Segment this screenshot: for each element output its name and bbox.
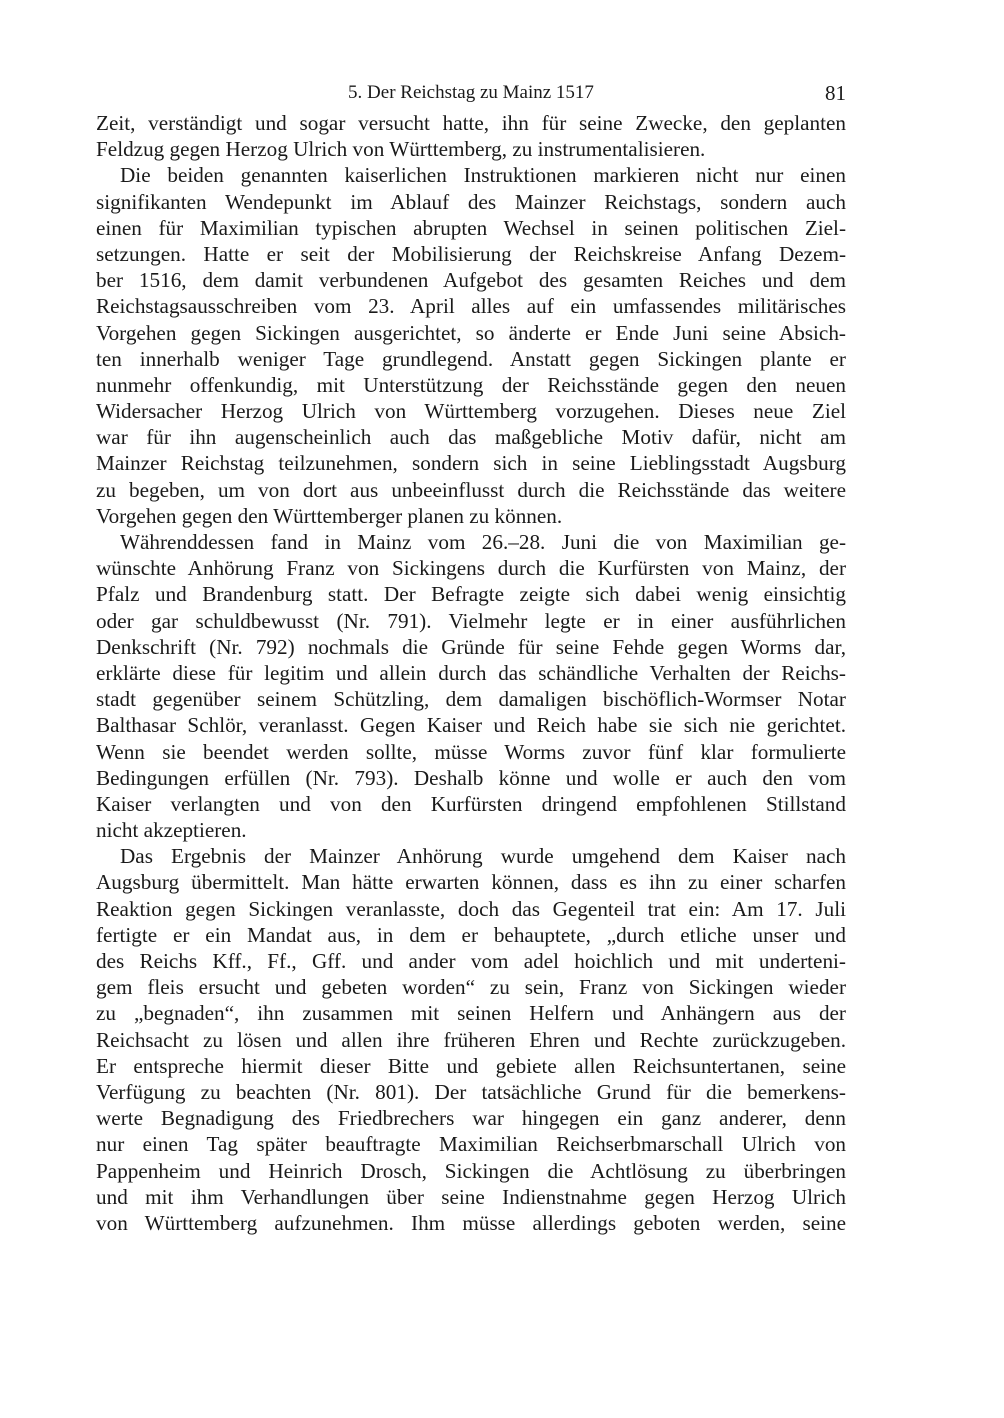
paragraph: Währenddessen fand in Mainz vom 26.–28. …	[96, 529, 846, 843]
text-line: Feldzug gegen Herzog Ulrich von Württemb…	[96, 136, 846, 162]
running-title: 5. Der Reichstag zu Mainz 1517	[96, 76, 846, 110]
text-line: Wenn sie beendet werden sollte, müsse Wo…	[96, 739, 846, 765]
text-line: Augsburg übermittelt. Man hätte erwarten…	[96, 869, 846, 895]
text-line: erklärte diese für legitim und allein du…	[96, 660, 846, 686]
paragraph: Zeit, verständigt und sogar versucht hat…	[96, 110, 846, 162]
text-line: ber 1516, dem damit verbundenen Aufgebot…	[96, 267, 846, 293]
text-line: gem fleis ersucht und gebeten worden“ zu…	[96, 974, 846, 1000]
text-line: von Württemberg aufzunehmen. Ihm müsse a…	[96, 1210, 846, 1236]
text-line: signifikanten Wendepunkt im Ablauf des M…	[96, 189, 846, 215]
text-line: Reichstagsausschreiben vom 23. April all…	[96, 293, 846, 319]
text-line: ten innerhalb weniger Tage grundlegend. …	[96, 346, 846, 372]
running-head: 5. Der Reichstag zu Mainz 1517 81	[96, 76, 846, 110]
text-line: Bedingungen erfüllen (Nr. 793). Deshalb …	[96, 765, 846, 791]
page-number: 81	[825, 76, 846, 110]
text-line: Denkschrift (Nr. 792) nochmals die Gründ…	[96, 634, 846, 660]
book-page: 5. Der Reichstag zu Mainz 1517 81 Zeit, …	[96, 76, 846, 1236]
text-line: war für ihn augenscheinlich auch das maß…	[96, 424, 846, 450]
text-line: Pfalz und Brandenburg statt. Der Befragt…	[96, 581, 846, 607]
text-line: einen für Maximilian typischen abrupten …	[96, 215, 846, 241]
text-line: Die beiden genannten kaiserlichen Instru…	[96, 162, 846, 188]
text-line: Zeit, verständigt und sogar versucht hat…	[96, 110, 846, 136]
paragraph: Die beiden genannten kaiserlichen Instru…	[96, 162, 846, 529]
text-line: Er entspreche hiermit dieser Bitte und g…	[96, 1053, 846, 1079]
text-line: Pappenheim und Heinrich Drosch, Sickinge…	[96, 1158, 846, 1184]
text-line: Kaiser verlangten und von den Kurfürsten…	[96, 791, 846, 817]
text-line: Widersacher Herzog Ulrich von Württember…	[96, 398, 846, 424]
body-text: Zeit, verständigt und sogar versucht hat…	[96, 110, 846, 1236]
text-line: Währenddessen fand in Mainz vom 26.–28. …	[96, 529, 846, 555]
text-line: nicht akzeptieren.	[96, 817, 846, 843]
text-line: zu begeben, um von dort aus unbeeinfluss…	[96, 477, 846, 503]
text-line: wünschte Anhörung Franz von Sickingens d…	[96, 555, 846, 581]
text-line: werte Begnadigung des Friedbrechers war …	[96, 1105, 846, 1131]
text-line: Reichsacht zu lösen und allen ihre frühe…	[96, 1027, 846, 1053]
text-line: Reaktion gegen Sickingen veranlasste, do…	[96, 896, 846, 922]
text-line: oder gar schuldbewusst (Nr. 791). Vielme…	[96, 608, 846, 634]
text-line: Balthasar Schlör, veranlasst. Gegen Kais…	[96, 712, 846, 738]
text-line: Das Ergebnis der Mainzer Anhörung wurde …	[96, 843, 846, 869]
text-line: Mainzer Reichstag teilzunehmen, sondern …	[96, 450, 846, 476]
text-line: nur einen Tag später beauftragte Maximil…	[96, 1131, 846, 1157]
text-line: des Reichs Kff., Ff., Gff. und ander vom…	[96, 948, 846, 974]
text-line: stadt gegenüber seinem Schützling, dem d…	[96, 686, 846, 712]
text-line: setzungen. Hatte er seit der Mobilisieru…	[96, 241, 846, 267]
paragraph: Das Ergebnis der Mainzer Anhörung wurde …	[96, 843, 846, 1236]
text-line: Vorgehen gegen Sickingen ausgerichtet, s…	[96, 320, 846, 346]
text-line: fertigte er ein Mandat aus, in dem er be…	[96, 922, 846, 948]
text-line: nunmehr offenkundig, mit Unterstützung d…	[96, 372, 846, 398]
text-line: Verfügung zu beachten (Nr. 801). Der tat…	[96, 1079, 846, 1105]
text-line: und mit ihm Verhandlungen über seine Ind…	[96, 1184, 846, 1210]
text-line: zu „begnaden“, ihn zusammen mit seinen H…	[96, 1000, 846, 1026]
text-line: Vorgehen gegen den Württemberger planen …	[96, 503, 846, 529]
